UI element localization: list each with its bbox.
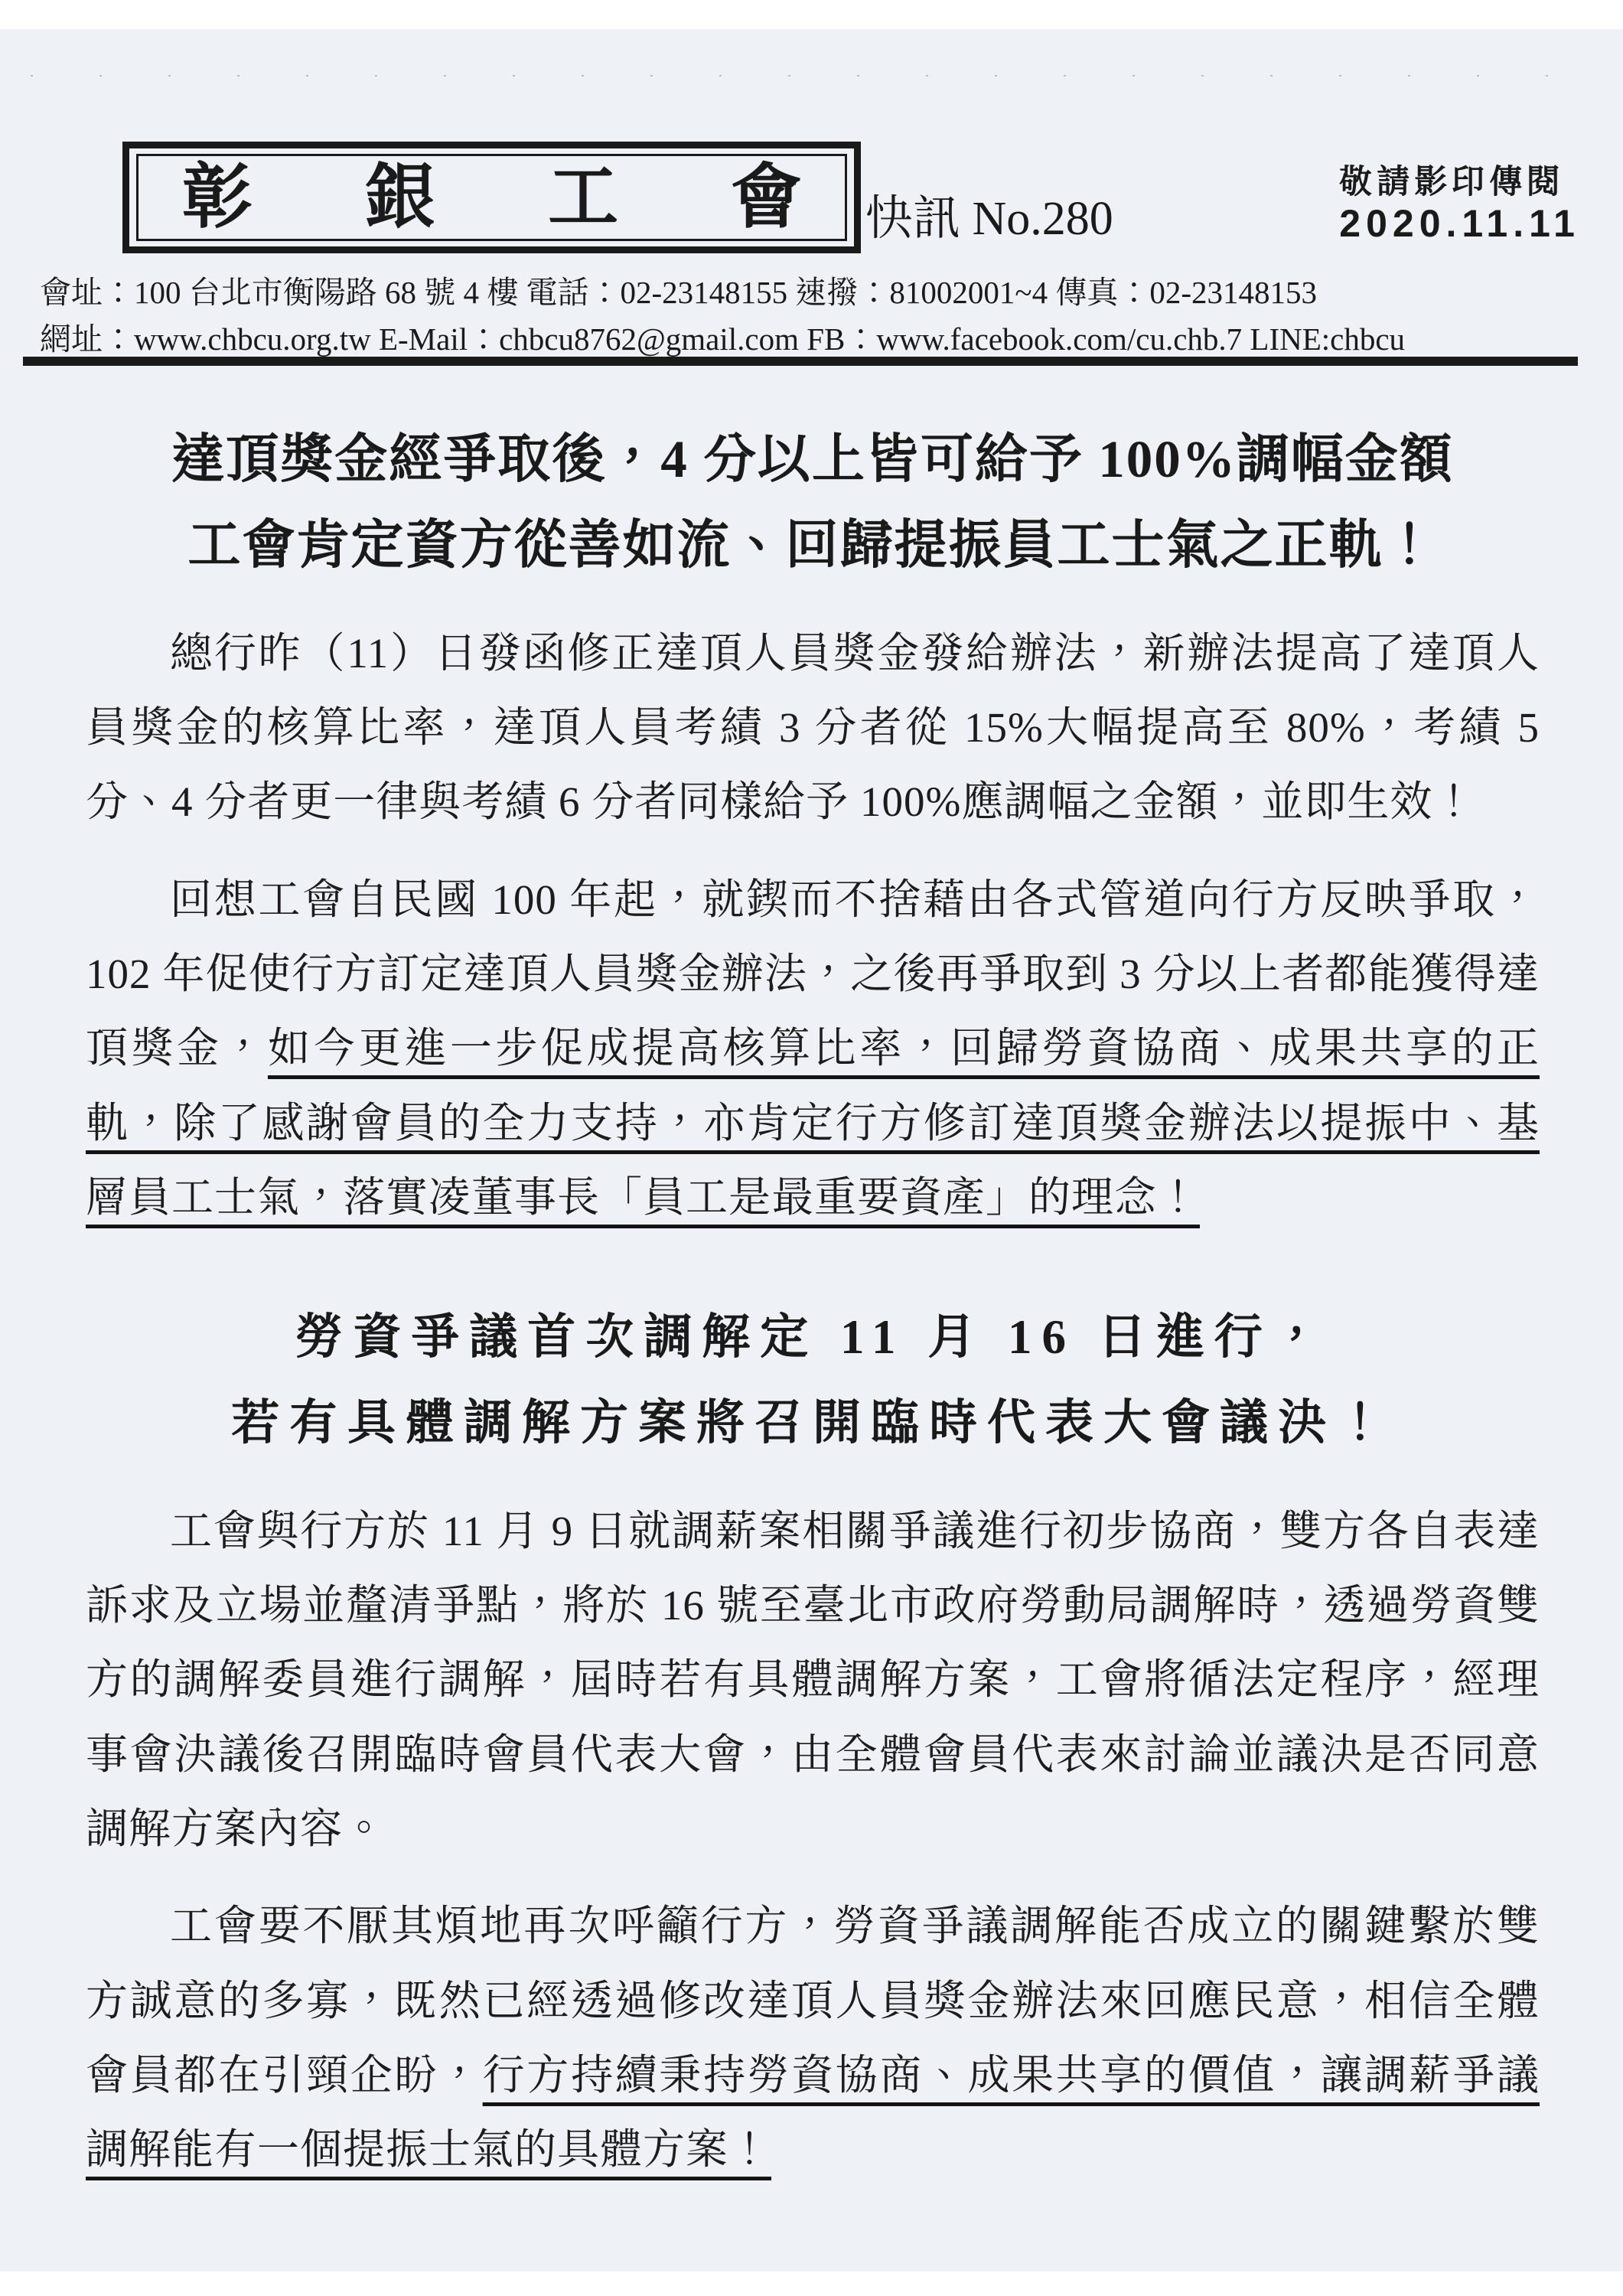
web-contact-line: 網址：www.chbcu.org.tw E-Mail：chbcu8762@gma… <box>40 316 1586 363</box>
issue-number: No.280 <box>973 193 1113 245</box>
bulletin-issue-label: 快訊 No.280 <box>865 195 1113 253</box>
article1-headline-line2: 工會肯定資方從善如流、回歸提振員工士氣之正軌！ <box>86 503 1540 589</box>
article1-paragraph-2: 回想工會自民國 100 年起，就鍥而不捨藉由各式管道向行方反映爭取，102 年促… <box>86 863 1540 1235</box>
article2-headline-line1: 勞資爭議首次調解定 11 月 16 日進行， <box>86 1294 1540 1380</box>
scan-artifact-dots <box>31 75 1592 77</box>
issue-date: 2020.11.11 <box>1339 202 1580 246</box>
header-divider-rule <box>23 357 1578 366</box>
address-line: 會址：100 台北市衡陽路 68 號 4 樓 電話：02-23148155 速撥… <box>40 269 1586 316</box>
article-bonus-adjustment: 達頂獎金經爭取後，4 分以上皆可給予 100%調幅金額 工會肯定資方從善如流、回… <box>86 417 1540 1234</box>
article1-headline: 達頂獎金經爭取後，4 分以上皆可給予 100%調幅金額 工會肯定資方從善如流、回… <box>86 417 1540 589</box>
issue-block: 敬請影印傳閱 2020.11.11 <box>1339 164 1580 253</box>
article-labor-dispute-mediation: 勞資爭議首次調解定 11 月 16 日進行， 若有具體調解方案將召開臨時代表大會… <box>86 1294 1540 2187</box>
article1-headline-line1: 達頂獎金經爭取後，4 分以上皆可給予 100%調幅金額 <box>86 417 1540 503</box>
article2-paragraph-1: 工會與行方於 11 月 9 日就調薪案相關爭議進行初步協商，雙方各自表達訴求及立… <box>86 1494 1540 1867</box>
contact-lines: 會址：100 台北市衡陽路 68 號 4 樓 電話：02-23148155 速撥… <box>40 269 1586 362</box>
union-name-box: 彰銀工會 <box>122 142 861 253</box>
article1-paragraph-1: 總行昨（11）日發函修正達頂人員獎金發給辦法，新辦法提高了達頂人員獎金的核算比率… <box>86 616 1540 840</box>
union-name-box-inner: 彰銀工會 <box>136 154 847 241</box>
circulate-note: 敬請影印傳閱 <box>1339 164 1580 201</box>
union-name: 彰銀工會 <box>182 162 914 233</box>
masthead: 彰銀工會 快訊 No.280 敬請影印傳閱 2020.11.11 <box>122 142 1580 253</box>
article2-paragraph-2: 工會要不厭其煩地再次呼籲行方，勞資爭議調解能否成立的關鍵繫於雙方誠意的多寡，既然… <box>86 1889 1540 2187</box>
bulletin-label: 快訊 <box>865 193 960 245</box>
article2-headline: 勞資爭議首次調解定 11 月 16 日進行， 若有具體調解方案將召開臨時代表大會… <box>86 1294 1540 1466</box>
article2-headline-line2: 若有具體調解方案將召開臨時代表大會議決！ <box>86 1380 1540 1466</box>
scanned-newsletter-page: { "colors": { "ink": "#1a1a1a", "paper":… <box>0 0 1623 2296</box>
newsletter-content: 達頂獎金經爭取後，4 分以上皆可給予 100%調幅金額 工會肯定資方從善如流、回… <box>86 417 1540 2187</box>
